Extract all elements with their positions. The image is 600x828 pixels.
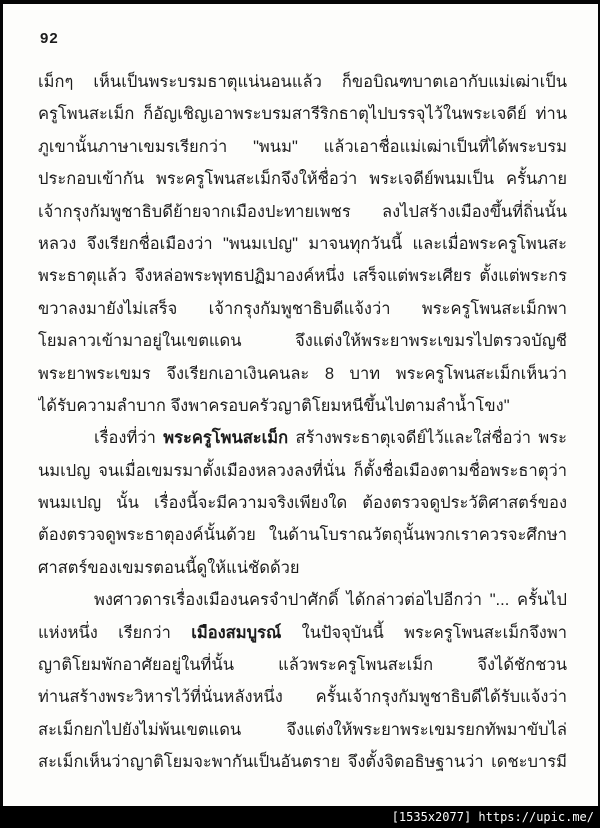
text-segment: โยมลาวเข้ามาอยู่ในเขตแดน จึงแต่งให้พระยา… — [38, 332, 567, 357]
text-line: โยมลาวเข้ามาอยู่ในเขตแดน จึงแต่งให้พระยา… — [38, 325, 567, 357]
text-segment: ได้รับความลำบาก จึงพาครอบครัวญาติโยมหนีข… — [38, 397, 510, 415]
text-segment: พนมเปญ นั้น เรื่องนี้จะมีความจริงเพียงใด… — [38, 494, 567, 519]
emphasized-text: พระครูโพนสะเม็ก — [163, 429, 288, 447]
text-line: สะเม็กเห็นว่าญาติโยมจะพากันเป็นอันตราย จ… — [38, 746, 567, 778]
text-line: ภูเขานั้นภาษาเขมรเรียกว่า "พนม" แล้วเอาช… — [38, 131, 567, 163]
text-segment: เม็กๆ เห็นเป็นพระบรมธาตุแน่นอนแล้ว ก็ขอบ… — [38, 73, 567, 98]
page-number: 92 — [40, 30, 59, 47]
text-segment: ครูโพนสะเม็ก ก็อัญเชิญเอาพระบรมสารีริกธา… — [38, 105, 567, 130]
text-line: ขวาลงมายังไม่เสร็จ เจ้ากรุงกัมพูชาธิบดีแ… — [38, 293, 567, 325]
text-line: แห่งหนึ่ง เรียกว่า เมืองสมบูรณ์ ในปัจจุบ… — [38, 617, 567, 649]
text-line: ได้รับความลำบาก จึงพาครอบครัวญาติโยมหนีข… — [38, 390, 567, 422]
text-line: ศาสตร์ของเขมรตอนนี้ดูให้แน่ชัดด้วย — [38, 552, 567, 584]
text-segment: ศาสตร์ของเขมรตอนนี้ดูให้แน่ชัดด้วย — [38, 559, 300, 577]
text-line: พนมเปญ นั้น เรื่องนี้จะมีความจริงเพียงใด… — [38, 487, 567, 519]
text-segment: ขวาลงมายังไม่เสร็จ เจ้ากรุงกัมพูชาธิบดีแ… — [38, 300, 567, 325]
text-segment: สะเม็กยกไปยังไม่พ้นเขตแดน จึงแต่งให้พระย… — [38, 721, 567, 746]
text-segment: ญาติโยมพักอาศัยอยู่ในที่นั้น แล้วพระครูโ… — [38, 656, 567, 681]
text-line: เรื่องที่ว่า พระครูโพนสะเม็ก สร้างพระธาต… — [38, 422, 567, 454]
text-segment: พงศาวดารเรื่องเมืองนครจำปาศักดิ์ ได้กล่า… — [94, 591, 567, 616]
text-line: พงศาวดารเรื่องเมืองนครจำปาศักดิ์ ได้กล่า… — [38, 584, 567, 616]
text-segment: นมเปญ จนเมื่อเขมรมาตั้งเมืองหลวงลงที่นั่… — [38, 462, 567, 487]
text-line: นมเปญ จนเมื่อเขมรมาตั้งเมืองหลวงลงที่นั่… — [38, 455, 567, 487]
text-segment: ประกอบเข้ากัน พระครูโพนสะเม็กจึงให้ชื่อว… — [38, 170, 567, 195]
text-segment: เจ้ากรุงกัมพูชาธิบดีย้ายจากเมืองปะทายเพช… — [38, 203, 567, 228]
text-segment: พระธาตุแล้ว จึงหล่อพระพุทธปฏิมาองค์หนึ่ง… — [38, 267, 567, 292]
text-line: ต้องตรวจดูพระธาตุองค์นั้นด้วย ในด้านโบรา… — [38, 519, 567, 551]
text-segment: ต้องตรวจดูพระธาตุองค์นั้นด้วย ในด้านโบรา… — [38, 526, 567, 551]
text-line: ครูโพนสะเม็ก ก็อัญเชิญเอาพระบรมสารีริกธา… — [38, 98, 567, 130]
text-line: พระธาตุแล้ว จึงหล่อพระพุทธปฏิมาองค์หนึ่ง… — [38, 260, 567, 292]
watermark-text: [1535x2077] https://upic.me/ — [0, 806, 600, 828]
text-segment: พระยาพระเขมร จึงเรียกเอาเงินคนละ 8 บาท พ… — [38, 365, 567, 390]
emphasized-text: เมืองสมบูรณ์ — [191, 624, 281, 642]
text-segment: สะเม็กเห็นว่าญาติโยมจะพากันเป็นอันตราย จ… — [38, 753, 567, 778]
text-line: ท่านสร้างพระวิหารไว้ที่นั่นหลังหนึ่ง ครั… — [38, 681, 567, 713]
watermark-bar: [1535x2077] https://upic.me/ — [0, 806, 600, 828]
scanned-page: 92 เม็กๆ เห็นเป็นพระบรมธาตุแน่นอนแล้ว ก็… — [0, 0, 600, 828]
text-line: สะเม็กยกไปยังไม่พ้นเขตแดน จึงแต่งให้พระย… — [38, 714, 567, 746]
text-line: เม็กๆ เห็นเป็นพระบรมธาตุแน่นอนแล้ว ก็ขอบ… — [38, 66, 567, 98]
text-line: พระยาพระเขมร จึงเรียกเอาเงินคนละ 8 บาท พ… — [38, 358, 567, 390]
text-line: ประกอบเข้ากัน พระครูโพนสะเม็กจึงให้ชื่อว… — [38, 163, 567, 195]
text-segment: ภูเขานั้นภาษาเขมรเรียกว่า "พนม" แล้วเอาช… — [38, 138, 567, 163]
text-line: หลวง จึงเรียกชื่อเมืองว่า "พนมเปญ" มาจนท… — [38, 228, 567, 260]
text-segment: แห่งหนึ่ง เรียกว่า — [38, 624, 191, 642]
text-segment: ท่านสร้างพระวิหารไว้ที่นั่นหลังหนึ่ง ครั… — [38, 688, 567, 713]
text-line: เจ้ากรุงกัมพูชาธิบดีย้ายจากเมืองปะทายเพช… — [38, 196, 567, 228]
text-segment: หลวง จึงเรียกชื่อเมืองว่า "พนมเปญ" มาจนท… — [38, 235, 567, 260]
body-text: เม็กๆ เห็นเป็นพระบรมธาตุแน่นอนแล้ว ก็ขอบ… — [38, 66, 567, 779]
text-line: ญาติโยมพักอาศัยอยู่ในที่นั้น แล้วพระครูโ… — [38, 649, 567, 681]
text-segment: เรื่องที่ว่า — [94, 429, 163, 447]
